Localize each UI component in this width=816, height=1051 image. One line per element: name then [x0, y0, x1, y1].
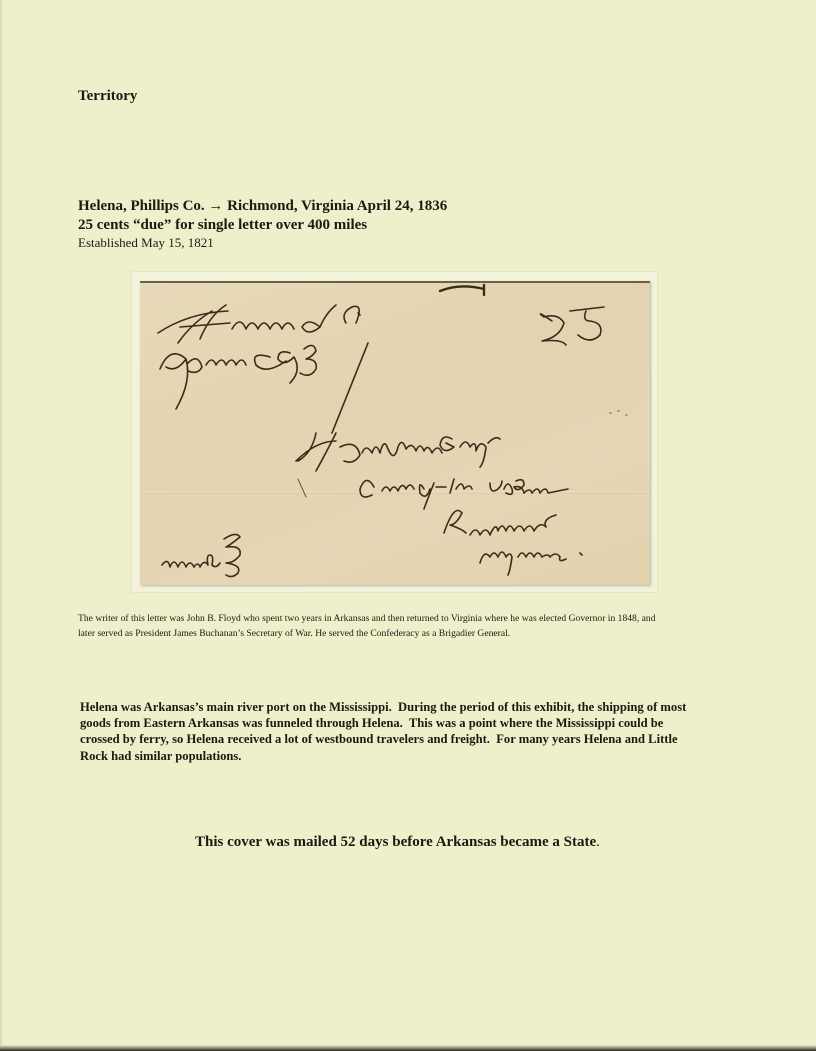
page-edge: [0, 0, 2, 1051]
route-line: Helena, Phillips Co. → Richmond, Virgini…: [78, 197, 678, 216]
statehood-note-period: .: [596, 834, 600, 850]
rate-line: 25 cents “due” for single letter over 40…: [78, 216, 678, 235]
caption-line: The writer of this letter was John B. Fl…: [78, 611, 743, 626]
letter-cover-image: Helena A.T. April 23 25 J. Robertson Esq…: [140, 281, 650, 585]
statehood-note-text: This cover was mailed 52 days before Ark…: [195, 834, 596, 850]
body-line: goods from Eastern Arkansas was funneled…: [80, 715, 745, 731]
cover-caption: The writer of this letter was John B. Fl…: [78, 611, 743, 641]
helena-description: Helena was Arkansas’s main river port on…: [80, 699, 745, 764]
caption-line: later served as President James Buchanan…: [78, 626, 743, 641]
statehood-note: This cover was mailed 52 days before Ark…: [195, 834, 600, 851]
cover-heading: Helena, Phillips Co. → Richmond, Virgini…: [78, 197, 678, 251]
established-line: Established May 15, 1821: [78, 235, 678, 251]
body-line: Rock had similar populations.: [80, 748, 745, 764]
body-line: Helena was Arkansas’s main river port on…: [80, 699, 745, 715]
body-line: crossed by ferry, so Helena received a l…: [80, 731, 745, 747]
section-title: Territory: [78, 88, 137, 105]
page-edge-bottom: [0, 1045, 816, 1051]
